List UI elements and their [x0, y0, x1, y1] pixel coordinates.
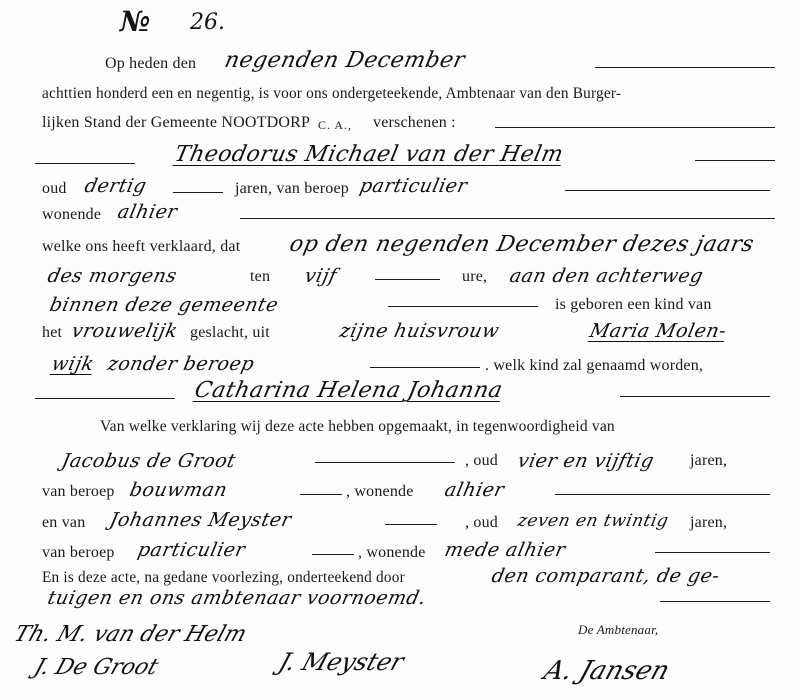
fill-line [595, 67, 775, 68]
text-verklaard: welke ons heeft verklaard, dat [42, 238, 240, 256]
fill-line [385, 524, 437, 525]
hand-witness2-residence: mede alhier [443, 539, 568, 561]
hand-mother-name-end: wijk [50, 353, 96, 375]
text-ca: C. A., [318, 118, 352, 133]
text-oud-2: , oud [465, 514, 498, 532]
hand-witness1-occupation: bouwman [128, 479, 230, 501]
fill-line [655, 552, 770, 553]
fill-line [35, 398, 175, 399]
hand-birth-place: aan den achterweg [508, 265, 706, 287]
hand-witness1-name: Jacobus de Groot [60, 450, 238, 472]
text-verschenen: verschenen : [373, 114, 456, 132]
text-wonende-1: , wonende [346, 483, 414, 501]
text-jaren-2: jaren, [690, 514, 727, 532]
hand-witness2-name: Johannes Meyster [108, 509, 294, 531]
fill-line [300, 494, 342, 495]
fill-line [555, 494, 770, 495]
fill-line [173, 192, 223, 193]
hand-witness2-age: zeven en twintig [516, 511, 671, 531]
hand-father-name: Theodorus Michael van der Helm [172, 142, 565, 167]
text-jaren-1: jaren, [690, 452, 727, 470]
text-van-beroep-1: van beroep [42, 483, 115, 501]
hand-witness2-occupation: particulier [136, 539, 248, 561]
signature-witness1: J. De Groot [31, 655, 161, 680]
hand-municipality: binnen deze gemeente [48, 294, 281, 316]
fill-line [660, 601, 770, 602]
hand-mother-name: Maria Molen- [588, 320, 729, 342]
text-op-heden: Op heden den [105, 55, 196, 73]
fill-line [695, 160, 775, 161]
hand-child-name: Catharina Helena Johanna [192, 378, 505, 403]
text-en-van: en van [42, 514, 85, 532]
certificate-number: 26. [190, 10, 225, 35]
hand-signers: den comparant, de ge- [490, 565, 722, 587]
signature-official: A. Jansen [540, 656, 673, 686]
text-wonende: wonende [42, 206, 101, 224]
fill-line [240, 218, 775, 219]
fill-line [370, 367, 480, 368]
text-ure: ure, [462, 268, 487, 286]
hand-mother-occupation: zonder beroep [106, 353, 257, 375]
hand-time-of-day: des morgens [46, 265, 179, 287]
fill-line [312, 554, 354, 555]
fill-line [565, 190, 770, 191]
signature-witness2: J. Meyster [275, 648, 407, 676]
hand-witness1-age: vier en vijftig [516, 450, 656, 472]
text-jaren-beroep: jaren, van beroep [235, 180, 349, 198]
hand-birth-date: op den negenden December dezes jaars [287, 232, 756, 257]
fill-line [495, 127, 775, 128]
hand-hour: vijf [303, 265, 339, 287]
hand-father-age: dertig [83, 175, 149, 197]
hand-signers-cont: tuigen en ons ambtenaar voornoemd. [46, 587, 429, 609]
hand-father-residence: alhier [116, 201, 180, 223]
text-oud-1: , oud [465, 452, 498, 470]
text-geboren: is geboren een kind van [555, 296, 712, 314]
text-wonende-2: , wonende [358, 544, 426, 562]
hand-mother-relation: zijne huisvrouw [338, 320, 502, 342]
text-gemeente: lijken Stand der Gemeente NOOTDORP [42, 114, 310, 132]
hand-father-occupation: particulier [358, 175, 470, 197]
text-onderteekend: En is deze acte, na gedane voorlezing, o… [42, 569, 405, 587]
official-label: De Ambtenaar, [578, 622, 658, 638]
text-het: het [42, 324, 62, 342]
birth-certificate-page: № 26. Op heden den negenden December ach… [0, 0, 800, 700]
fill-line [388, 306, 538, 307]
hand-sex: vrouwelijk [70, 320, 180, 342]
fill-line [620, 396, 770, 397]
text-ten: ten [250, 268, 270, 286]
fill-line [375, 279, 440, 280]
text-verklaring: Van welke verklaring wij deze acte hebbe… [100, 418, 615, 436]
number-sign: № [120, 5, 150, 38]
text-genaamd: . welk kind zal genaamd worden, [485, 357, 703, 375]
fill-line [315, 462, 455, 463]
text-oud: oud [42, 180, 67, 198]
text-line-2: achttien honderd een en negentig, is voo… [42, 85, 621, 103]
text-geslacht: geslacht, uit [190, 324, 270, 342]
signature-father: Th. M. van der Helm [11, 622, 250, 647]
hand-date: negenden December [222, 48, 467, 73]
text-van-beroep-2: van beroep [42, 544, 115, 562]
fill-line [35, 163, 135, 164]
hand-witness1-residence: alhier [443, 479, 507, 501]
